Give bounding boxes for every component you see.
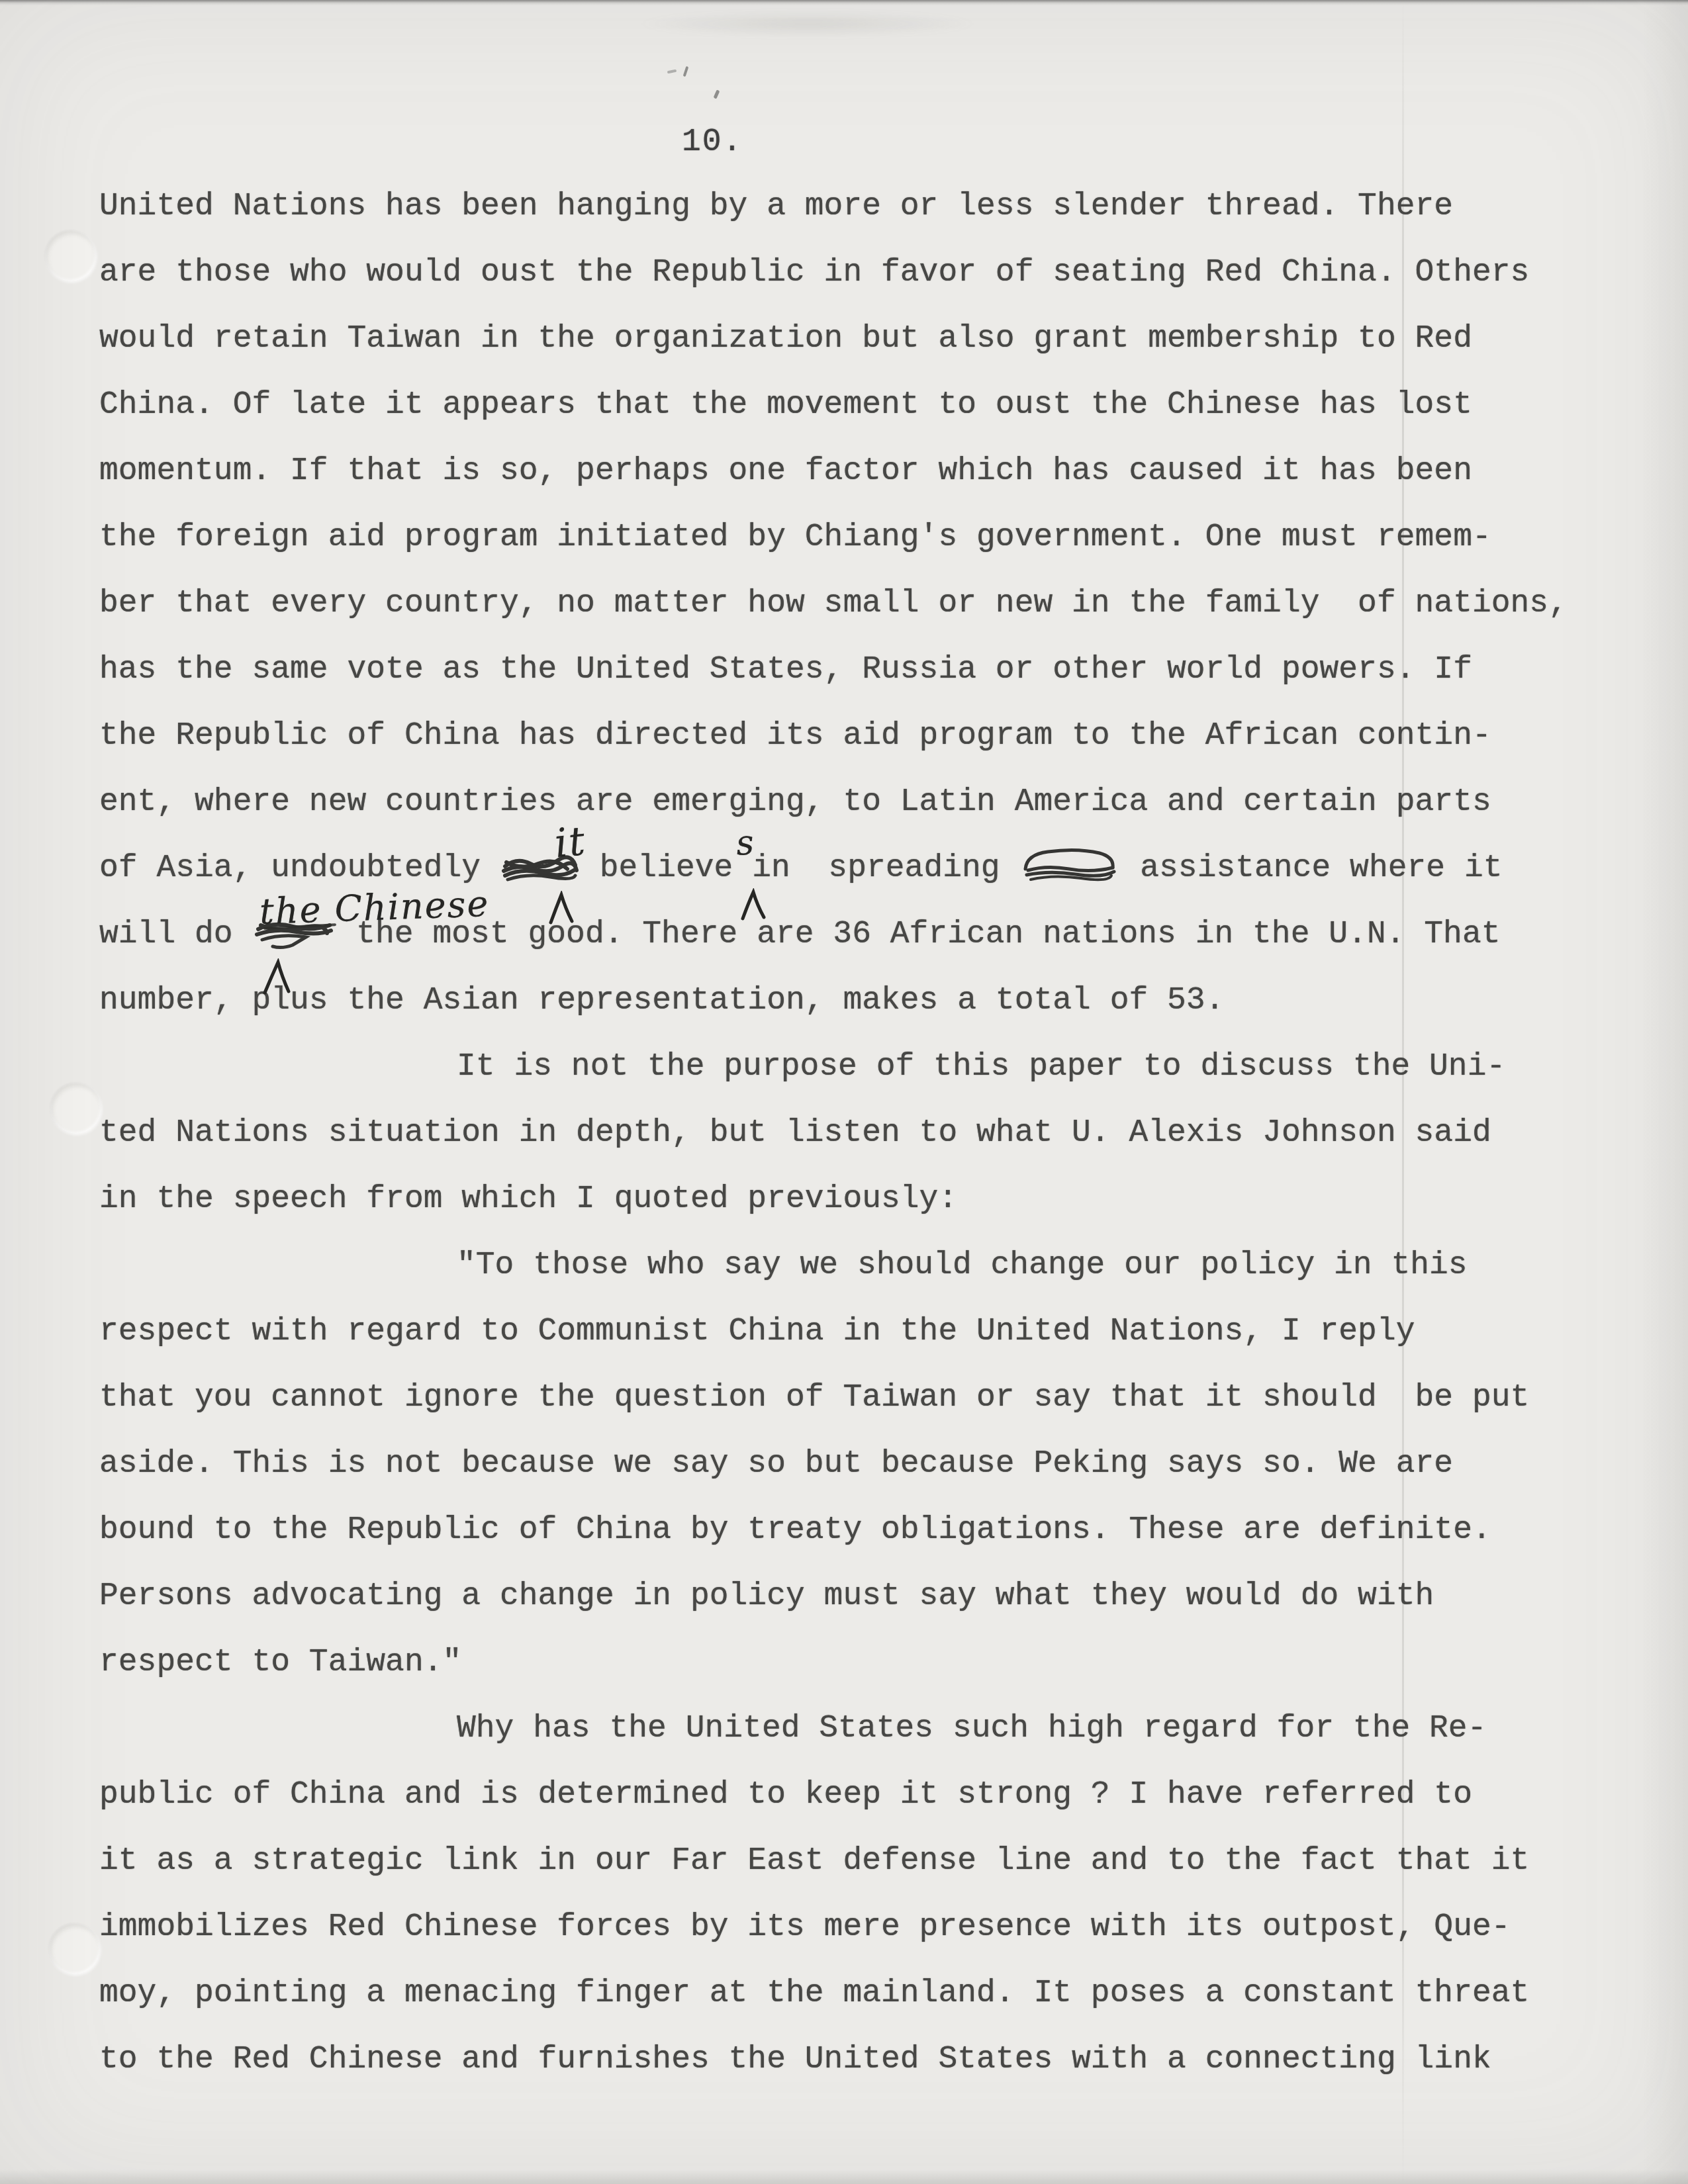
hole-punch xyxy=(46,231,96,281)
page-number: 10. xyxy=(682,124,743,160)
text-line: moy, pointing a menacing finger at the m… xyxy=(99,1960,1655,2026)
text-line: respect to Taiwan." xyxy=(99,1629,1655,1696)
text-line: Persons advocating a change in policy mu… xyxy=(99,1563,1655,1629)
ink-speck xyxy=(683,66,689,77)
caret-mark xyxy=(545,891,577,925)
text-line: United Nations has been hanging by a mor… xyxy=(99,173,1655,240)
text-line: momentum. If that is so, perhaps one fac… xyxy=(99,438,1655,504)
scan-edge-bottom xyxy=(0,2169,1688,2184)
text-segment: assistance where it xyxy=(1121,850,1502,886)
caret-mark xyxy=(739,888,768,921)
text-segment: believe in spreading xyxy=(581,850,1019,886)
ink-speck xyxy=(714,90,720,99)
text-line: it as a strategic link in our Far East d… xyxy=(99,1828,1655,1894)
scanned-document-page: 10. United Nations has been hanging by a… xyxy=(0,0,1688,2184)
strikeout-scribble-circled xyxy=(1020,846,1119,889)
text-segment: will do xyxy=(99,917,252,952)
typewritten-text: United Nations has been hanging by a mor… xyxy=(99,173,1655,2093)
text-line: ted Nations situation in depth, but list… xyxy=(99,1100,1655,1166)
hole-punch xyxy=(51,1083,101,1134)
text-line: bound to the Republic of China by treaty… xyxy=(99,1497,1655,1563)
caret-mark xyxy=(259,958,294,995)
text-line: would retain Taiwan in the organization … xyxy=(99,306,1655,372)
text-line: that you cannot ignore the question of T… xyxy=(99,1365,1655,1431)
scan-edge-top xyxy=(0,0,1688,5)
text-line: Why has the United States such high rega… xyxy=(99,1696,1655,1762)
hole-punch xyxy=(50,1924,100,1974)
handwritten-insertion-s: s xyxy=(735,823,755,864)
ink-speck xyxy=(667,69,677,74)
text-line: to the Red Chinese and furnishes the Uni… xyxy=(99,2026,1655,2093)
text-line: China. Of late it appears that the movem… xyxy=(99,372,1655,438)
text-segment: the most good. There are 36 African nati… xyxy=(337,917,1500,952)
text-line: ber that every country, no matter how sm… xyxy=(99,570,1655,637)
text-line: aside. This is not because we say so but… xyxy=(99,1431,1655,1497)
text-line: in the speech from which I quoted previo… xyxy=(99,1166,1655,1232)
text-line: the Republic of China has directed its a… xyxy=(99,703,1655,769)
text-line: public of China and is determined to kee… xyxy=(99,1762,1655,1828)
text-line: "To those who say we should change our p… xyxy=(99,1232,1655,1298)
text-line: number, plus the Asian representation, m… xyxy=(99,968,1655,1034)
text-segment: of Asia, undoubtedly xyxy=(99,850,500,886)
text-line: immobilizes Red Chinese forces by its me… xyxy=(99,1894,1655,1960)
text-line: the foreign aid program initiated by Chi… xyxy=(99,504,1655,570)
text-line: are those who would oust the Republic in… xyxy=(99,240,1655,306)
text-line: ent, where new countries are emerging, t… xyxy=(99,769,1655,835)
text-line: It is not the purpose of this paper to d… xyxy=(99,1034,1655,1100)
text-line: respect with regard to Communist China i… xyxy=(99,1298,1655,1365)
text-line: has the same vote as the United States, … xyxy=(99,637,1655,703)
handwritten-insertion-it: it xyxy=(552,818,588,868)
smudge-mark xyxy=(635,11,980,37)
